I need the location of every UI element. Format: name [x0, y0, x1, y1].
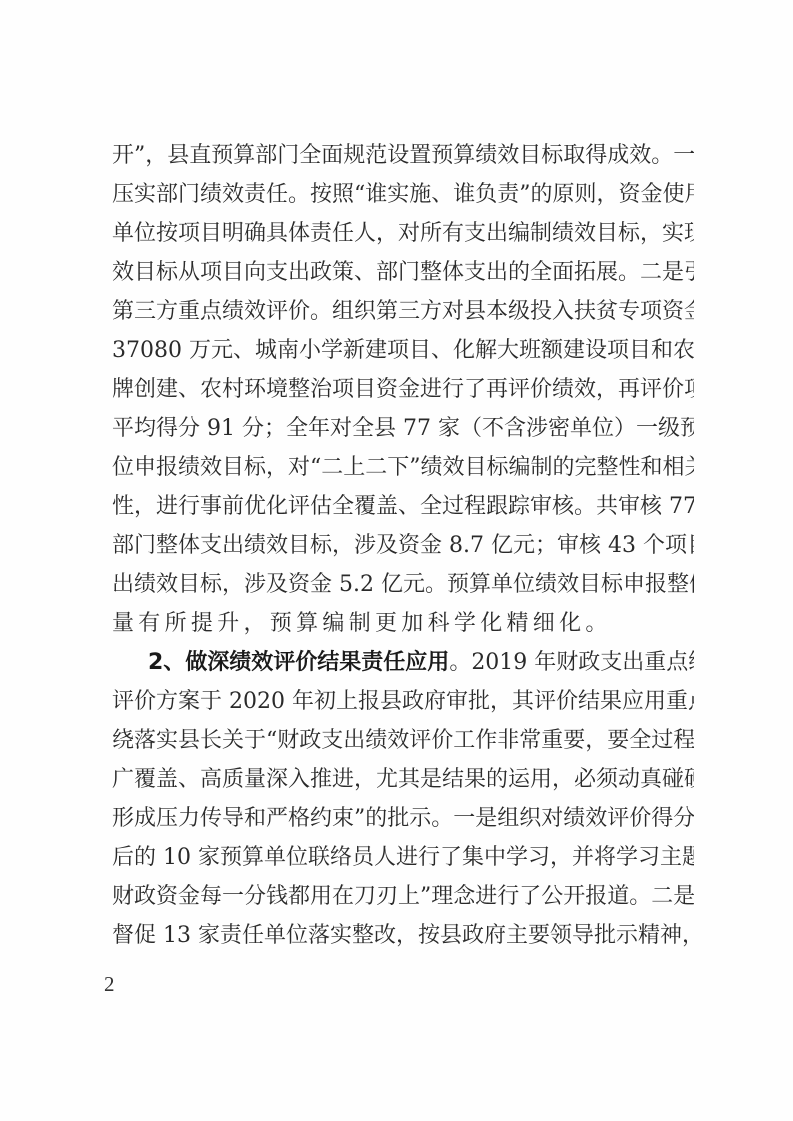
text-line: 督促 13 家责任单位落实整改，按县政府主要领导批示精神，深入: [112, 916, 694, 955]
page-number: 2: [104, 972, 115, 997]
text-run: 。2019 年财政支出重点绩效: [449, 650, 694, 675]
text-line: 压实部门绩效责任。按照“谁实施、谁负责”的原则，资金使用: [112, 175, 694, 214]
text-line: 牌创建、农村环境整治项目资金进行了再评价绩效，再评价项目: [112, 370, 694, 409]
text-line: 效目标从项目向支出政策、部门整体支出的全面拓展。二是引入: [112, 253, 694, 292]
section-heading: 2、做深绩效评价结果责任应用: [148, 650, 449, 675]
paragraph-evaluation-results: 2、做深绩效评价结果责任应用。2019 年财政支出重点绩效 评价方案于 2020…: [112, 643, 694, 955]
document-body: 开”，县直预算部门全面规范设置预算绩效目标取得成效。一是 压实部门绩效责任。按照…: [112, 136, 694, 955]
text-line: 性，进行事前优化评估全覆盖、全过程跟踪审核。共审核 77 个: [112, 487, 694, 526]
text-line: 单位按项目明确具体责任人，对所有支出编制绩效目标，实现绩: [112, 214, 694, 253]
text-line: 量有所提升，预算编制更加科学化精细化。: [112, 604, 694, 643]
text-line: 37080 万元、城南小学新建项目、化解大班额建设项目和农业品: [112, 331, 694, 370]
text-line: 财政资金每一分钱都用在刀刃上”理念进行了公开报道。二是在: [112, 877, 694, 916]
paragraph-performance-targets: 开”，县直预算部门全面规范设置预算绩效目标取得成效。一是 压实部门绩效责任。按照…: [112, 136, 694, 643]
text-line: 第三方重点绩效评价。组织第三方对县本级投入扶贫专项资金: [112, 292, 694, 331]
paragraph-first-line: 2、做深绩效评价结果责任应用。2019 年财政支出重点绩效: [112, 643, 694, 682]
text-line: 开”，县直预算部门全面规范设置预算绩效目标取得成效。一是: [112, 136, 694, 175]
text-line: 位申报绩效目标，对“二上二下”绩效目标编制的完整性和相关: [112, 448, 694, 487]
text-line: 形成压力传导和严格约束”的批示。一是组织对绩效评价得分靠: [112, 799, 694, 838]
text-line: 出绩效目标，涉及资金 5.2 亿元。预算单位绩效目标申报整体质: [112, 565, 694, 604]
text-line: 部门整体支出绩效目标，涉及资金 8.7 亿元；审核 43 个项目支: [112, 526, 694, 565]
text-line: 评价方案于 2020 年初上报县政府审批，其评价结果应用重点围: [112, 682, 694, 721]
text-line: 后的 10 家预算单位联络员人进行了集中学习，并将学习主题“让: [112, 838, 694, 877]
text-line: 平均得分 91 分；全年对全县 77 家（不含涉密单位）一级预算单: [112, 409, 694, 448]
text-line: 绕落实县长关于“财政支出绩效评价工作非常重要，要全过程、: [112, 721, 694, 760]
document-page: 开”，县直预算部门全面规范设置预算绩效目标取得成效。一是 压实部门绩效责任。按照…: [0, 0, 793, 1121]
text-line: 广覆盖、高质量深入推进，尤其是结果的运用，必须动真碰硬，: [112, 760, 694, 799]
